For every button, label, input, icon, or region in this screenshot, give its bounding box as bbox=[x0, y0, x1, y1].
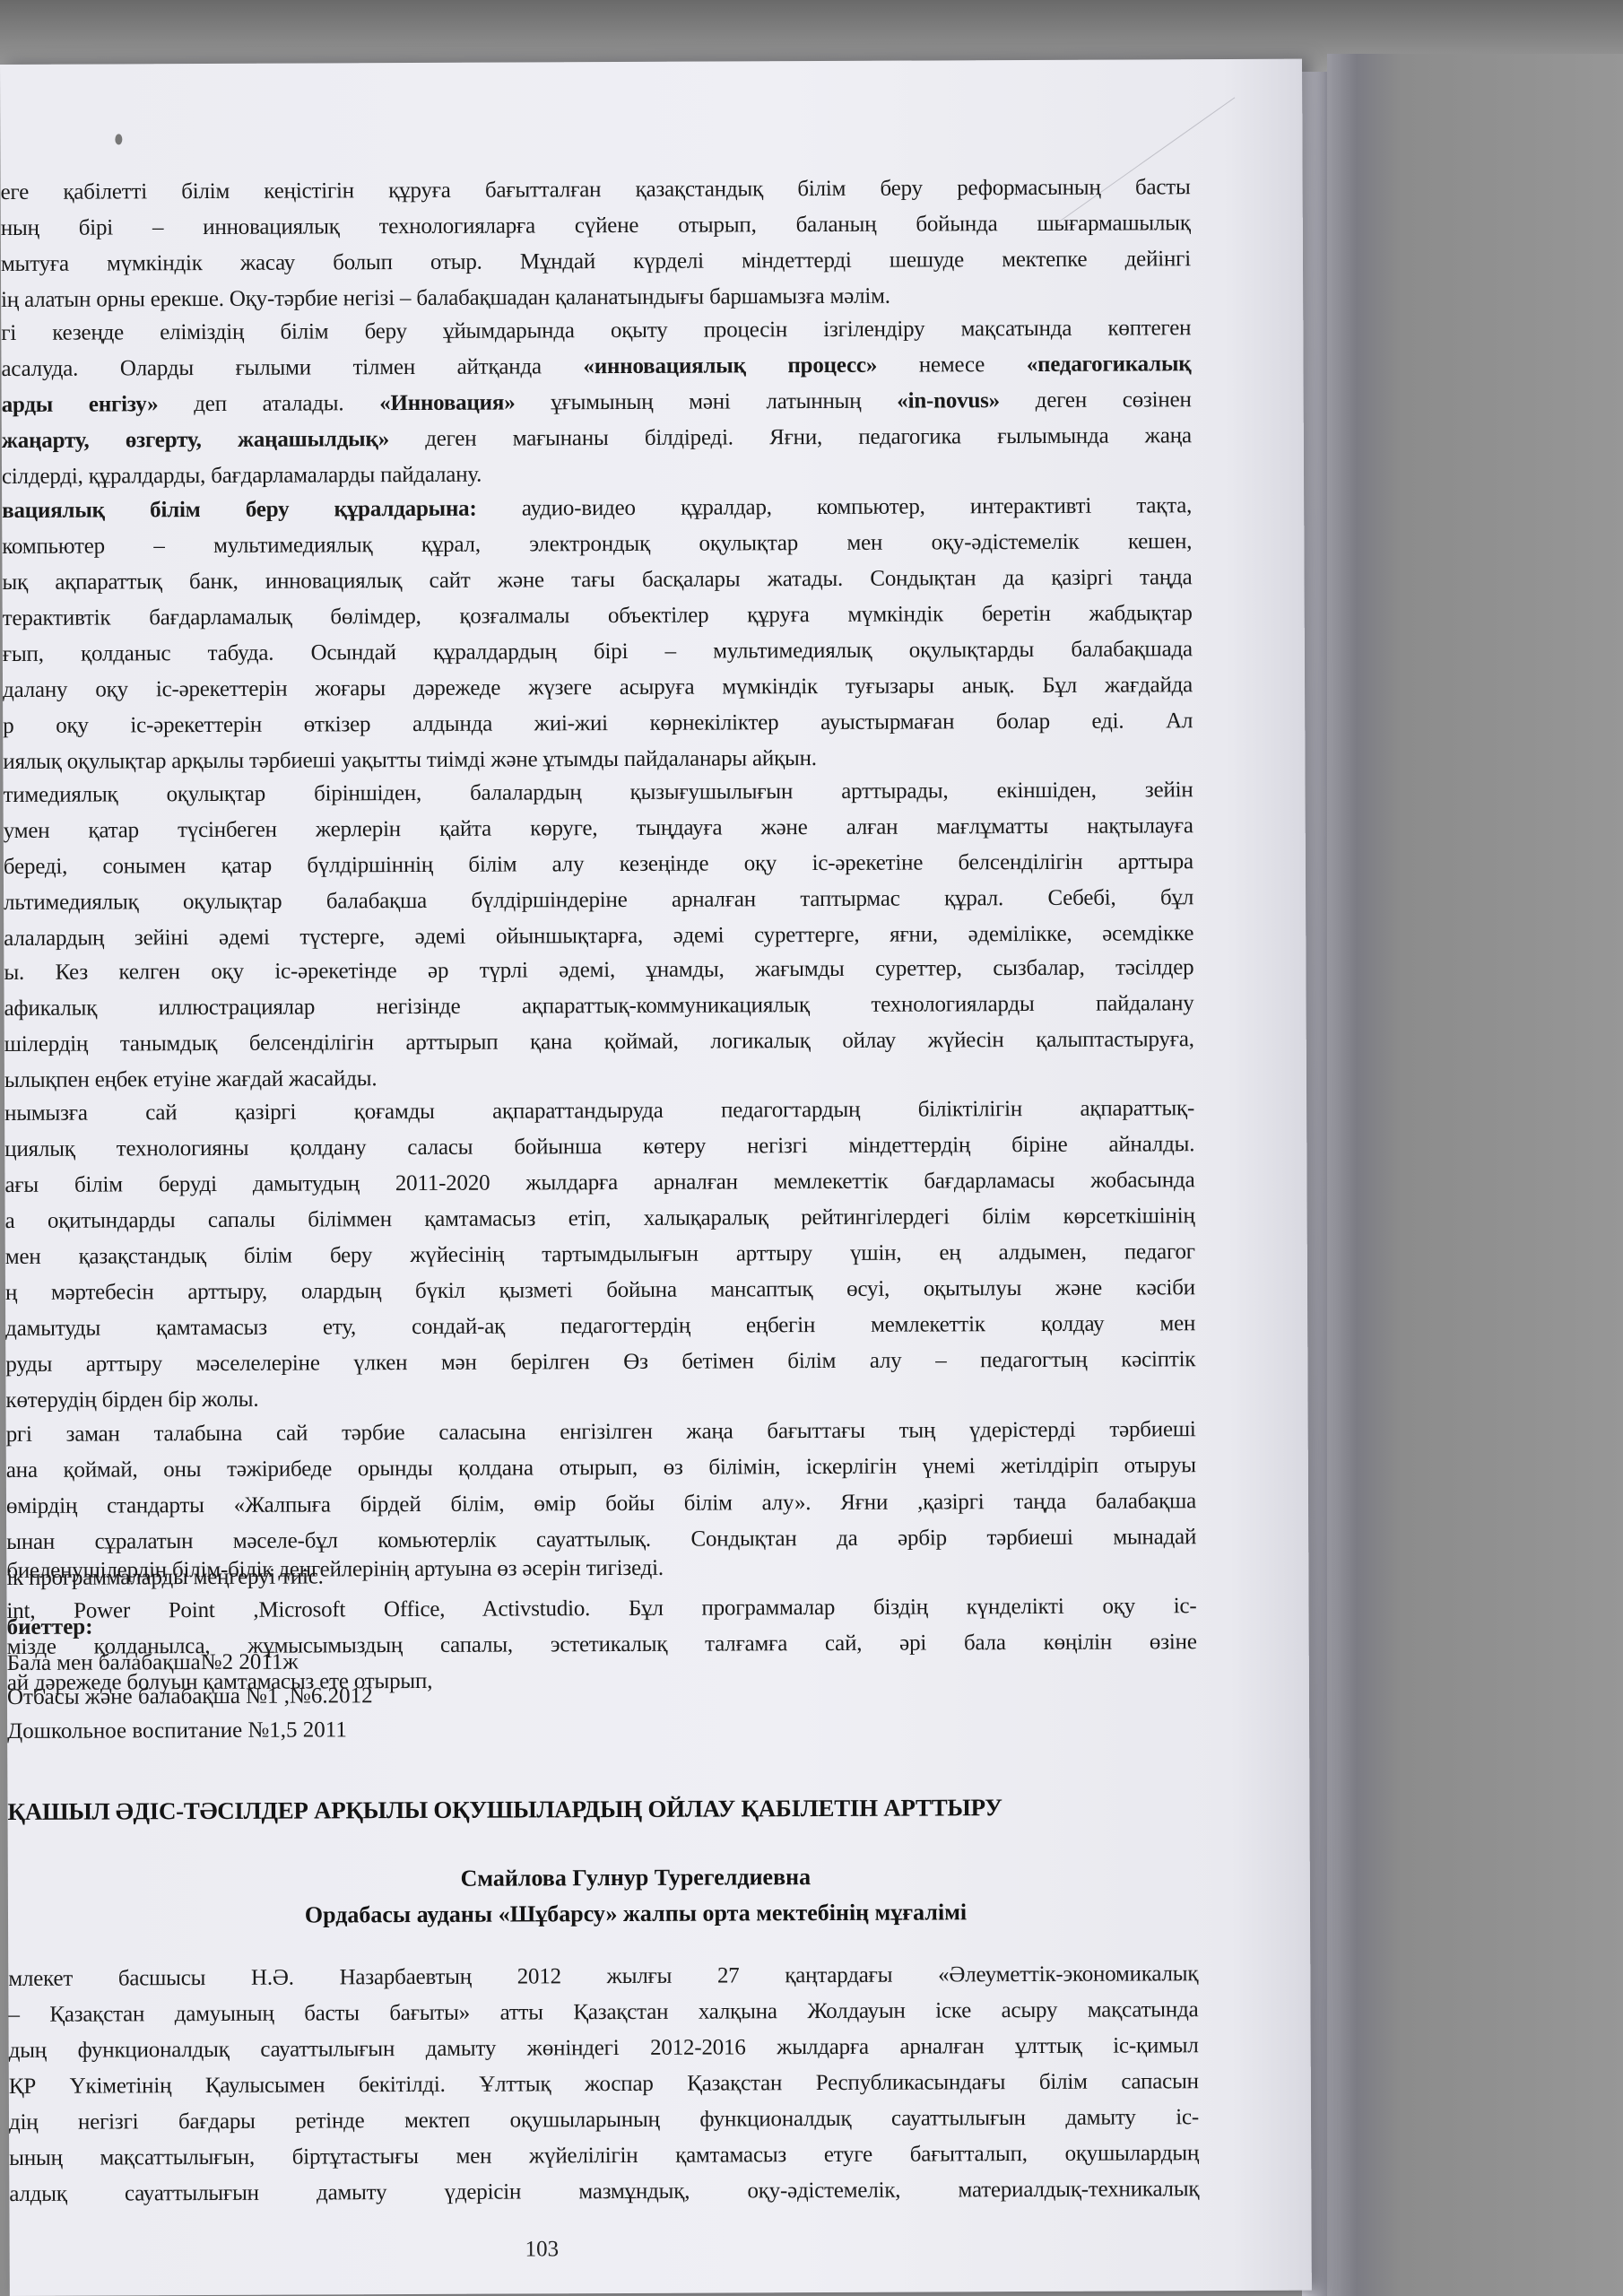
book-page: еге қабілетті білім кеңістігін құруға ба… bbox=[0, 59, 1312, 2296]
text-line: еге қабілетті білім кеңістігін құруға ба… bbox=[1, 174, 1191, 206]
text-line: руды арттыру мәселелеріне үлкен мән бері… bbox=[5, 1346, 1195, 1378]
text-line: алалардың зейіні әдемі түстерге, әдемі о… bbox=[4, 920, 1193, 952]
text-line: умен қатар түсінбеген жерлерін қайта көр… bbox=[4, 813, 1193, 845]
text-line: ық ақпараттық банк, инновациялық сайт жә… bbox=[2, 564, 1192, 596]
text-line: тимедиялық оқулықтар біріншіден, балалар… bbox=[3, 777, 1193, 809]
text-line: арды енгізу» деп аталады. «Инновация» ұғ… bbox=[2, 387, 1192, 419]
text-line: гі кезеңде еліміздің білім беру ұйымдары… bbox=[1, 315, 1191, 347]
text-line: ылықпен еңбек етуіне жағдай жасайды. bbox=[4, 1062, 1194, 1094]
text-line: мытуға мүмкіндік жасау болып отыр. Мұнда… bbox=[1, 246, 1191, 278]
text-line: береді, сонымен қатар бүлдіршіннің білім… bbox=[4, 848, 1193, 881]
text-line: нымызға сай қазіргі қоғамды ақпараттанды… bbox=[4, 1095, 1194, 1127]
text-line: дың функционалдық сауаттылығын дамыту жө… bbox=[9, 2032, 1199, 2065]
text-line: вациялық білім беру құралдарына: аудио-в… bbox=[2, 492, 1192, 525]
scan-speck bbox=[115, 134, 122, 144]
text-line: дамытуды қамтамасыз ету, сондай-ақ педаг… bbox=[5, 1310, 1195, 1343]
text-line: көтерудің бірден бір жолы. bbox=[5, 1382, 1195, 1414]
article-2-title: ҚАШЫЛ ӘДІС-ТӘСІЛДЕР АРҚЫЛЫ ОҚУШЫЛАРДЫҢ О… bbox=[7, 1793, 1173, 1826]
text-line: сілдерді, құралдарды, бағдарламаларды па… bbox=[2, 458, 1192, 491]
text-line: афикалық иллюстрациялар негізінде ақпара… bbox=[4, 990, 1194, 1022]
page-number: 103 bbox=[525, 2237, 560, 2262]
text-line: ының мақсаттылығын, біртұтастығы мен жүй… bbox=[9, 2140, 1199, 2172]
text-line: льтимедиялық оқулықтар балабақша бүлдірш… bbox=[4, 884, 1193, 917]
reference-item: Бала мен балабақша№2 2011ж bbox=[7, 1649, 299, 1677]
text-line: р оқу іс-әрекеттерін өткізер алдында жиі… bbox=[3, 708, 1193, 740]
text-line: ің алатын орны ерекше. Оқу-тәрбие негізі… bbox=[1, 282, 1191, 314]
text-line: циялық технологияны қолдану саласы бойын… bbox=[4, 1131, 1194, 1163]
article-2-affiliation: Ордабасы ауданы «Шұбарсу» жалпы орта мек… bbox=[8, 1898, 1263, 1930]
text-line: мен қазақстандық білім беру жүйесінің та… bbox=[5, 1239, 1195, 1271]
text-line: өмірдің стандарты «Жалпыға бірдей білім,… bbox=[6, 1488, 1196, 1520]
article-2-author: Смайлова Гулнур Турегелдиевна bbox=[8, 1862, 1263, 1894]
scan-background-right bbox=[1327, 54, 1623, 2296]
text-line: асалуда. Оларды ғылыми тілмен айтқанда «… bbox=[1, 351, 1191, 383]
text-line: ргі заман талабына сай тәрбие саласына е… bbox=[6, 1416, 1196, 1448]
text-line: дің негізгі бағдары ретінде мектеп оқушы… bbox=[9, 2104, 1199, 2136]
reference-item: Дошкольное воспитание №1,5 2011 bbox=[7, 1717, 347, 1745]
text-line: терактивтік бағдарламалық бөлімдер, қозғ… bbox=[3, 600, 1193, 632]
text-line: далану оқу іс-әрекеттерін жоғары дәрежед… bbox=[3, 672, 1193, 704]
text-line: а оқитындарды сапалы біліммен қамтамасыз… bbox=[5, 1203, 1195, 1235]
text-line: ы. Кез келген оқу іс-әрекетінде әр түрлі… bbox=[4, 954, 1193, 987]
text-line: ана қоймай, оны тәжірибеде орынды қолдан… bbox=[6, 1452, 1196, 1484]
text-line: int, Power Point ,Microsoft Office, Acti… bbox=[6, 1593, 1196, 1625]
text-line: – Қазақстан дамуының басты бағыты» атты … bbox=[8, 1996, 1198, 2029]
text-line: компьютер – мультимедиялық құрал, электр… bbox=[2, 528, 1192, 561]
text-line: млекет басшысы Н.Ә. Назарбаевтың 2012 жы… bbox=[8, 1961, 1198, 1993]
text-line: ң мәртебесін арттыру, олардың бүкіл қызм… bbox=[5, 1274, 1195, 1307]
text-line: шілердің танымдық белсенділігін арттырып… bbox=[4, 1026, 1194, 1058]
text-line: ағы білім беруді дамытудың 2011-2020 жыл… bbox=[4, 1167, 1194, 1199]
text-line: ынан сұралатын мәселе-бұл комьютерлік са… bbox=[6, 1524, 1196, 1556]
text-line: иялық оқулықтар арқылы тәрбиеші уақытты … bbox=[3, 744, 1193, 776]
references-heading: биеттер: bbox=[7, 1614, 93, 1641]
text-line: ның бірі – инновациялық технологияларға … bbox=[1, 210, 1191, 242]
reference-item: Отбасы және балабақша №1 ,№6.2012 bbox=[7, 1683, 373, 1711]
text-line: ҚР Үкіметінің Қаулысымен бекітілді. Ұлтт… bbox=[9, 2068, 1199, 2100]
text-line: биеленушілердің білім-білік деңгейлеріні… bbox=[6, 1552, 1196, 1585]
text-line: ғып, қолданыс табуда. Осындай құралдарды… bbox=[3, 636, 1193, 668]
text-line: жаңарту, өзгерту, жаңашылдық» деген мағы… bbox=[2, 422, 1192, 455]
text-line: алдық сауаттылығын дамыту үдерісін мазмұ… bbox=[9, 2176, 1199, 2208]
